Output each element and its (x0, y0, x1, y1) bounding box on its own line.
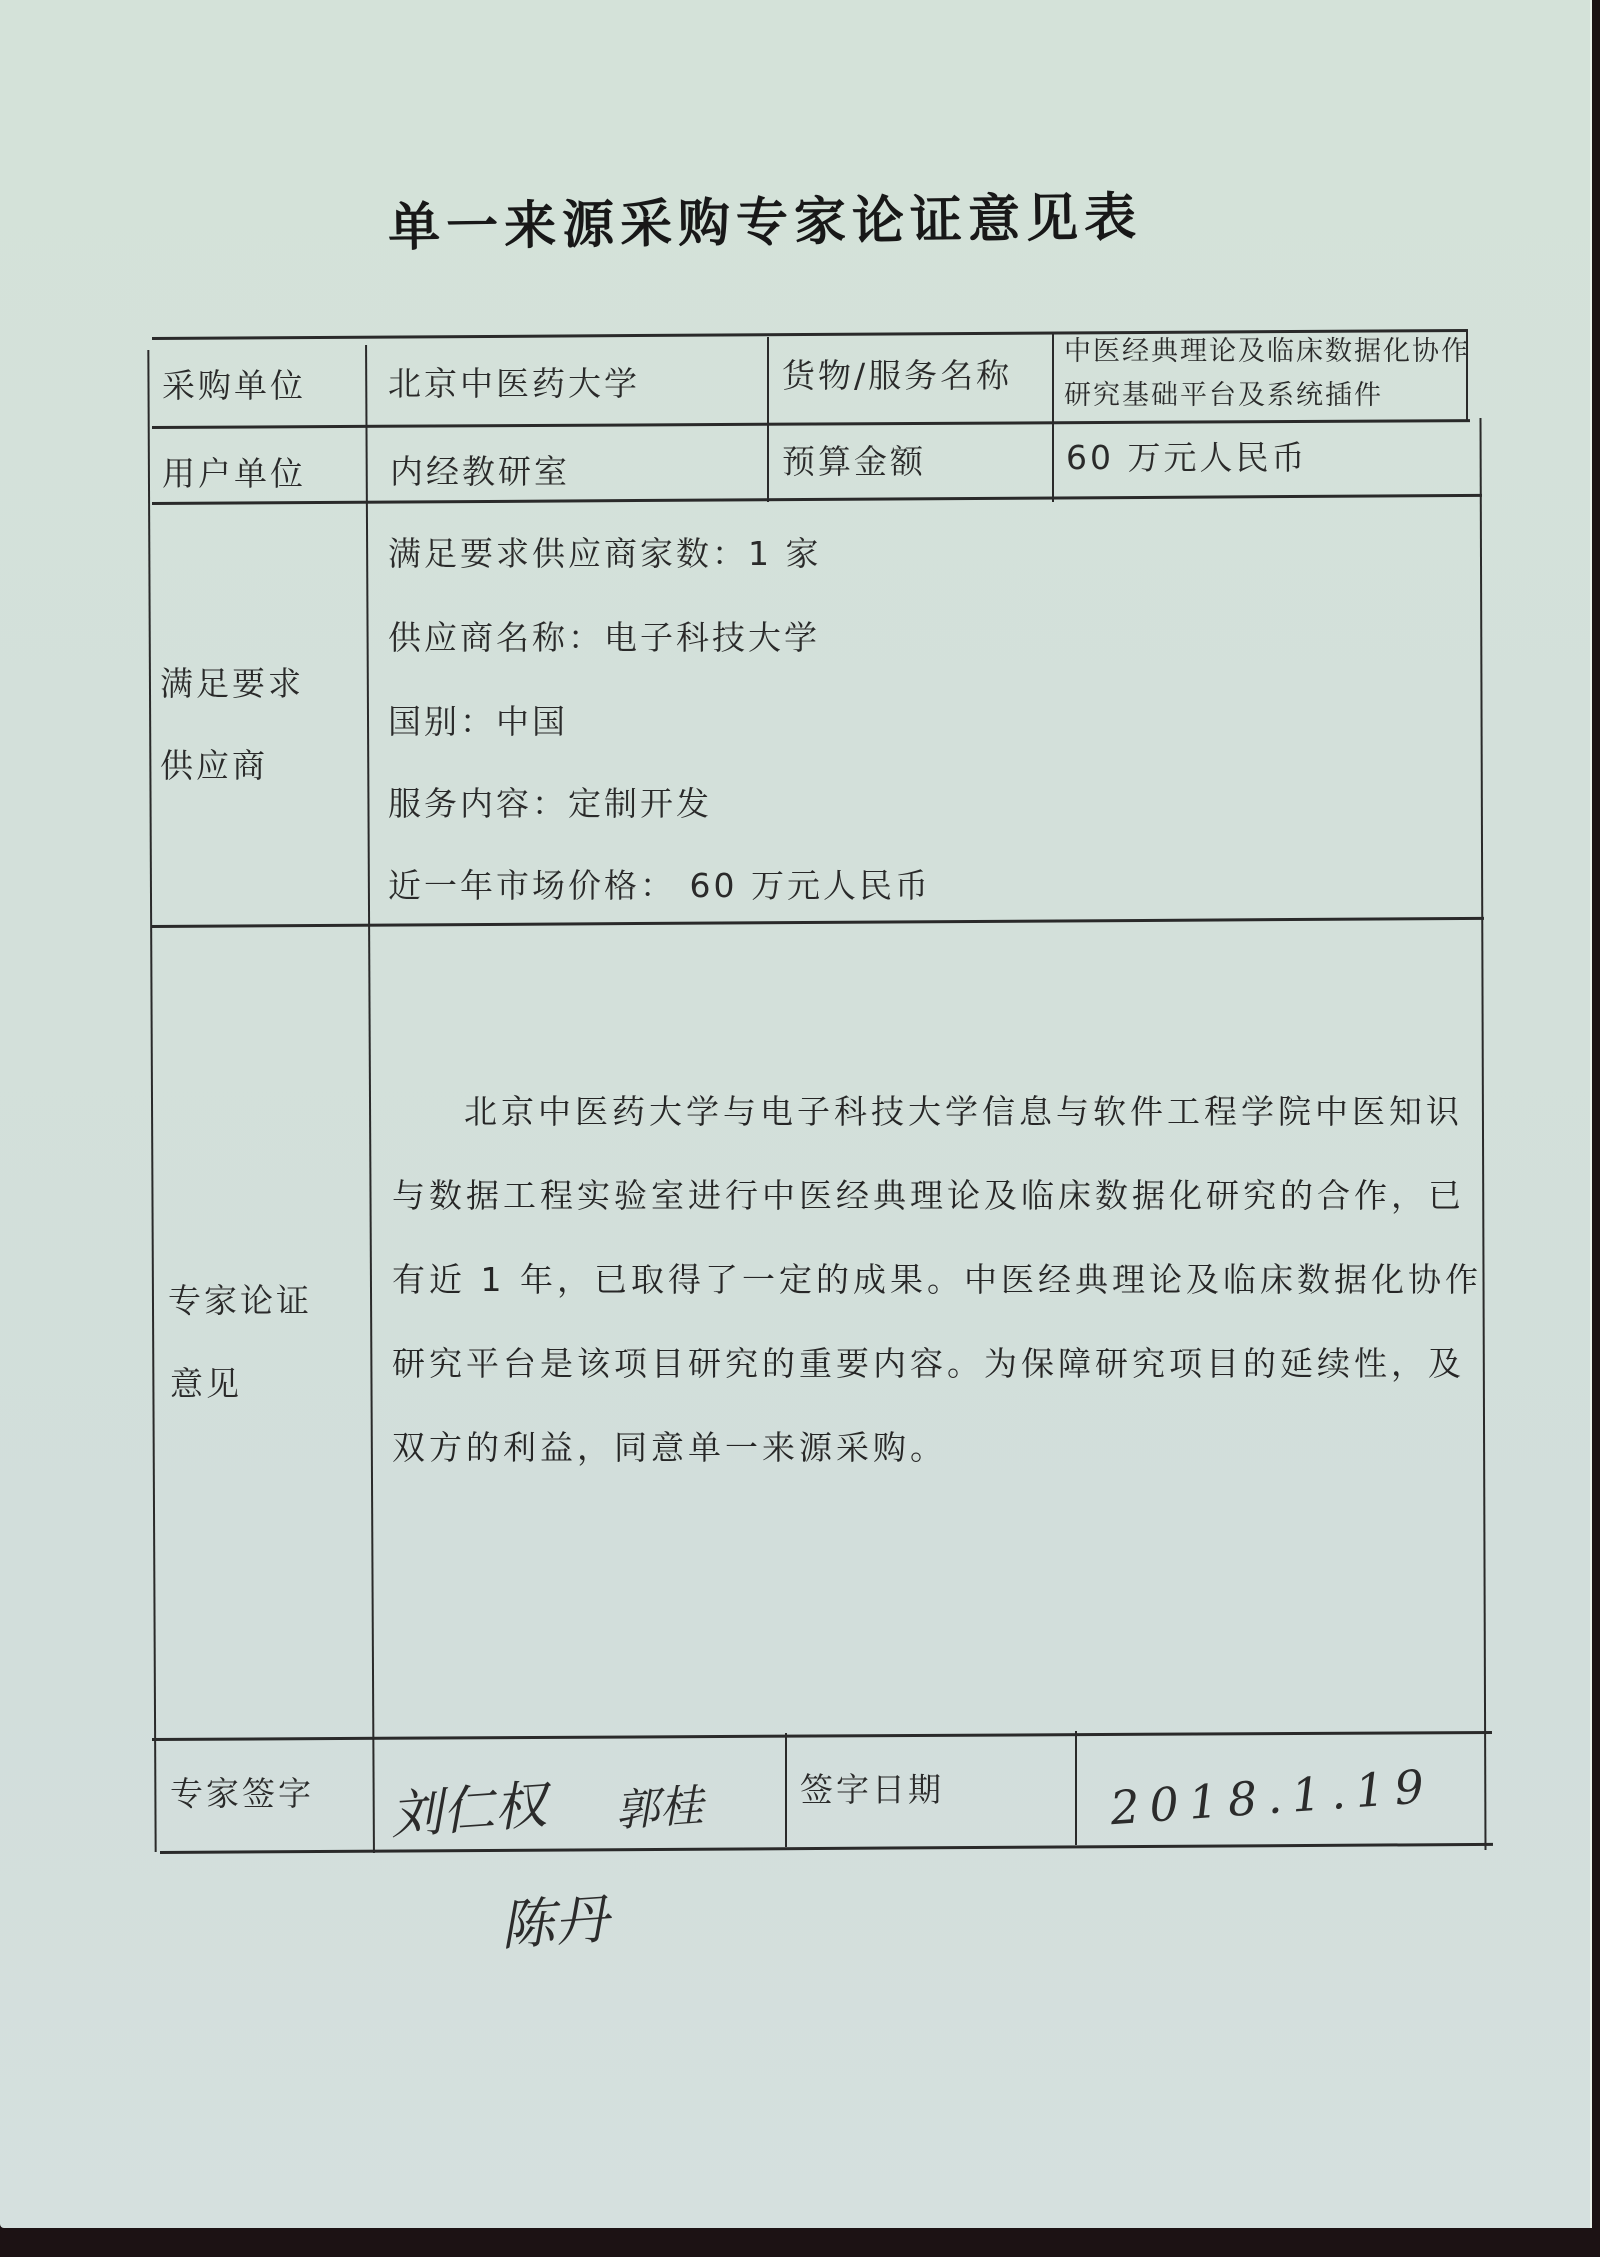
opinion-label-line2: 意见 (170, 1358, 242, 1405)
row-divider-2 (152, 494, 1482, 505)
supplier-market-price: 近一年市场价格： 60 万元人民币 (388, 860, 931, 907)
supplier-name: 供应商名称：电子科技大学 (388, 612, 820, 659)
signature-label: 专家签字 (170, 1768, 314, 1815)
supplier-service: 服务内容：定制开发 (388, 778, 712, 825)
col-divider-sig-2 (1075, 1731, 1077, 1845)
handwritten-signature-2: 郭桂 (613, 1769, 705, 1839)
col-divider-right (1052, 332, 1054, 502)
row-divider-1 (152, 419, 1470, 429)
purchaser-value: 北京中医药大学 (388, 358, 640, 405)
supplier-count: 满足要求供应商家数：1 家 (388, 528, 822, 575)
supplier-label-line2: 供应商 (160, 740, 268, 787)
purchaser-label: 采购单位 (162, 360, 306, 407)
col-divider-mid (767, 337, 769, 502)
signature-date-value: 2018.1.19 (1109, 1759, 1436, 1835)
handwritten-signature-3: 陈丹 (497, 1876, 610, 1960)
table-border-left (147, 350, 156, 1852)
row-divider-3 (152, 917, 1484, 928)
supplier-country: 国别：中国 (388, 696, 568, 743)
row-divider-4 (152, 1731, 1492, 1741)
supplier-label-line1: 满足要求 (160, 658, 304, 705)
col-divider-sig-1 (785, 1733, 787, 1847)
goods-value: 中医经典理论及临床数据化协作研究基础平台及系统插件 (1064, 330, 1474, 418)
procurement-form-table: 采购单位 北京中医药大学 货物/服务名称 中医经典理论及临床数据化协作研究基础平… (0, 0, 1600, 2257)
budget-label: 预算金额 (782, 436, 926, 483)
budget-value: 60 万元人民币 (1066, 432, 1307, 479)
col-divider-label (365, 345, 375, 1853)
goods-label: 货物/服务名称 (782, 350, 1012, 397)
user-unit-value: 内经教研室 (390, 446, 570, 493)
table-border-bottom (160, 1843, 1493, 1854)
user-unit-label: 用户单位 (162, 448, 306, 495)
opinion-text: 北京中医药大学与电子科技大学信息与软件工程学院中医知识与数据工程实验室进行中医经… (392, 1070, 1482, 1490)
opinion-label-line1: 专家论证 (168, 1275, 312, 1322)
handwritten-signature-1: 刘仁权 (388, 1763, 549, 1849)
signature-date-label: 签字日期 (800, 1764, 944, 1811)
